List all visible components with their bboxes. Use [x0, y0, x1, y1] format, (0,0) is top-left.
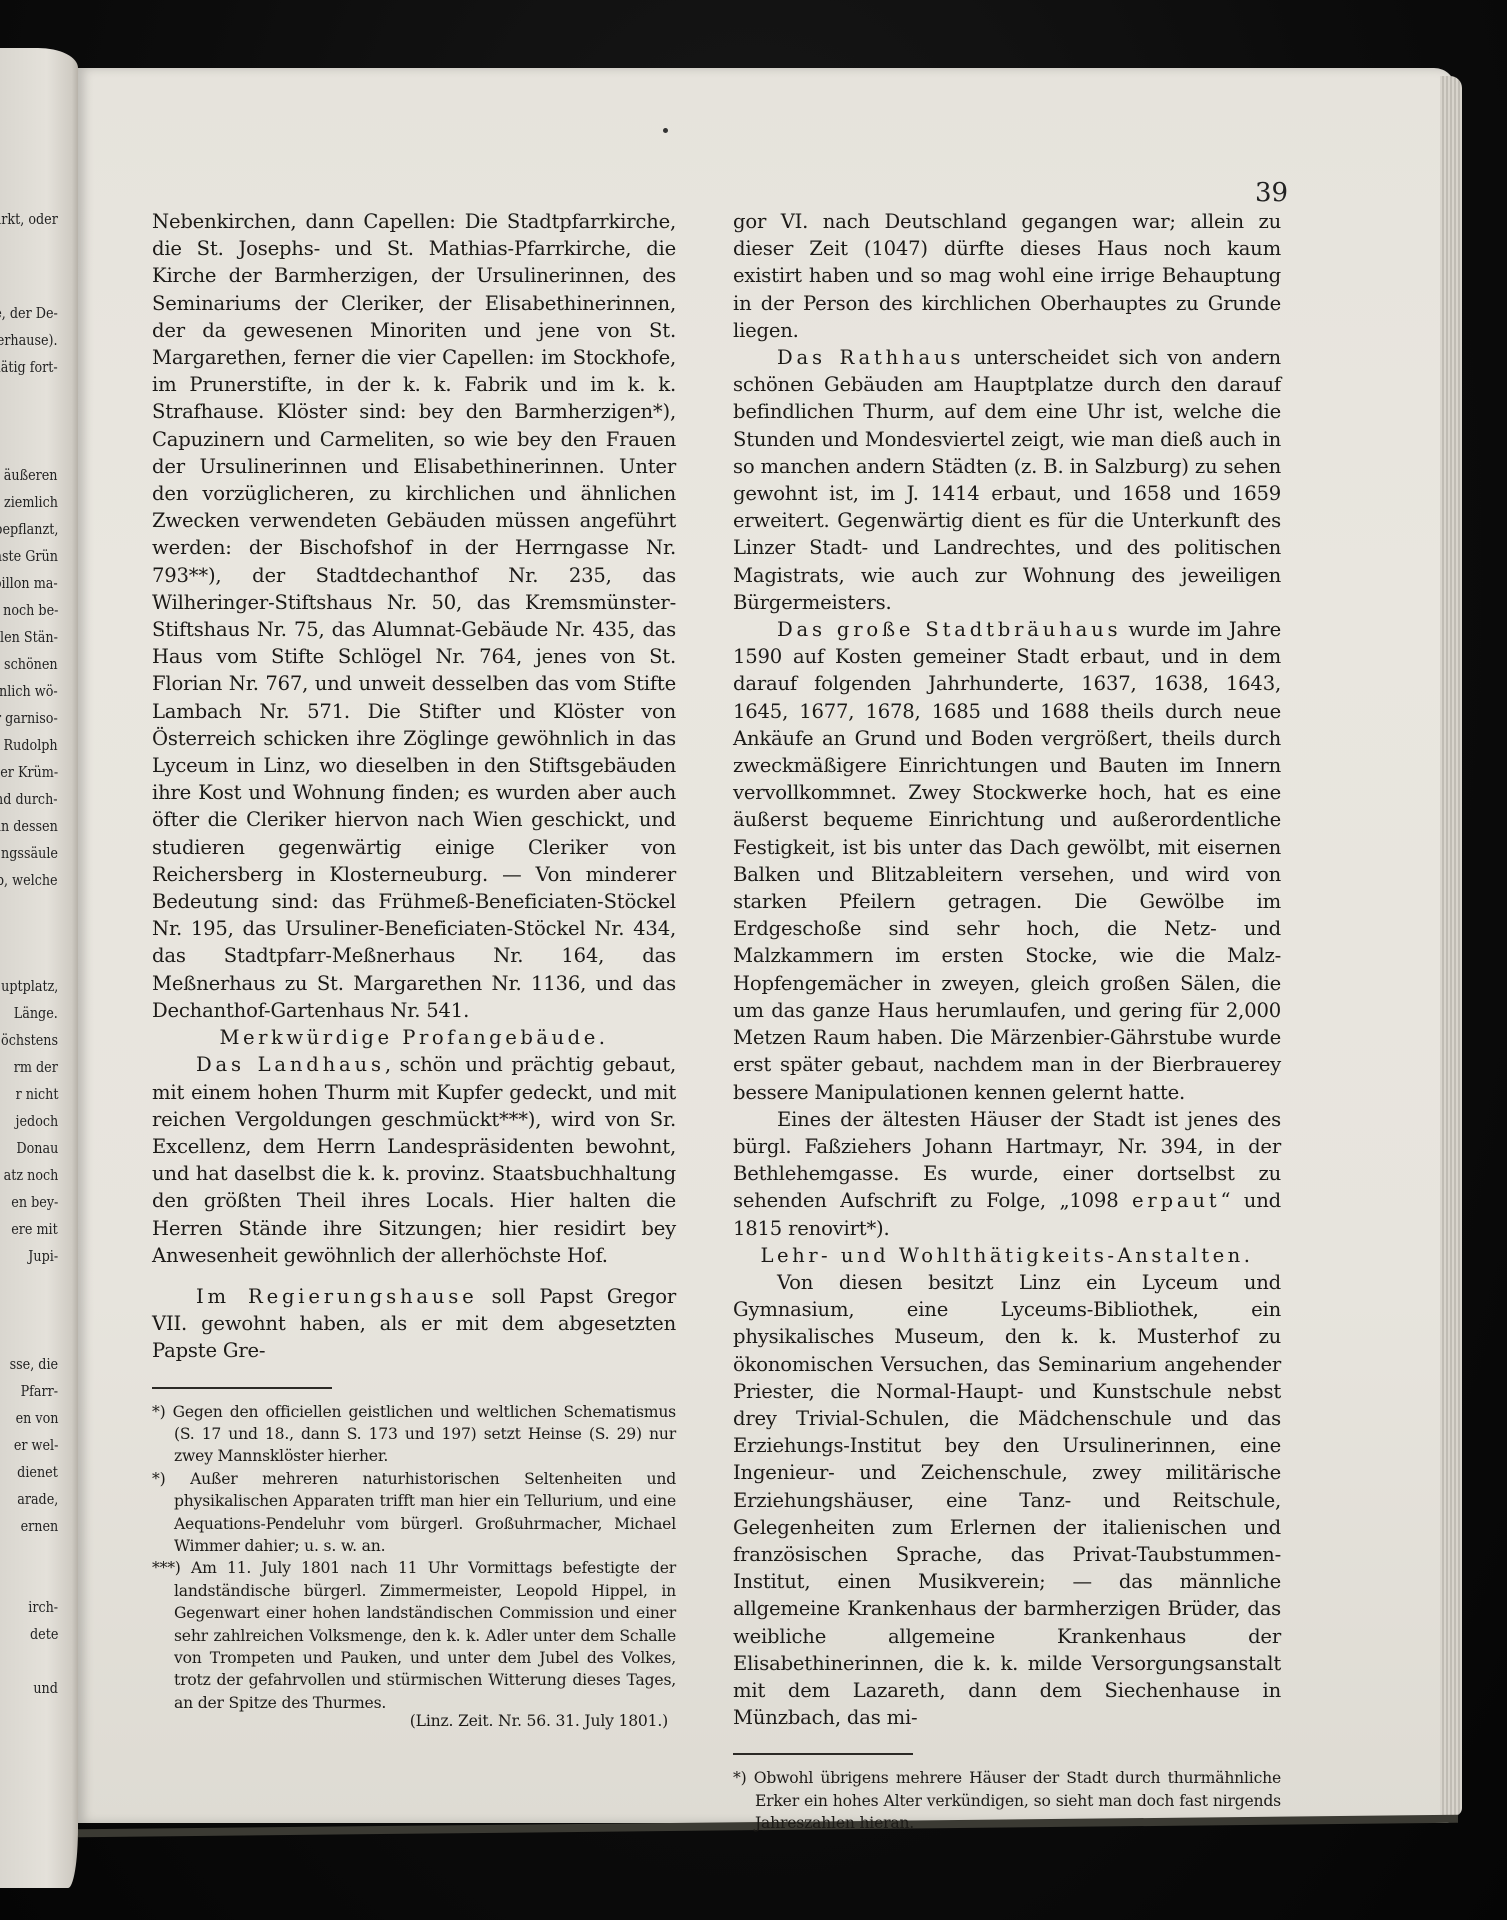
footnote-rule [733, 1753, 913, 1755]
facing-page-text-fragment: Länge. [14, 1000, 58, 1028]
facing-page-text-fragment: dienet [17, 1459, 58, 1487]
facing-page-text-fragment: llen Stän- [0, 624, 58, 652]
facing-page-text-fragment: öchstens [1, 1027, 58, 1055]
facing-page-text-fragment: irch- [28, 1594, 58, 1622]
facing-page-text-fragment: arade, [17, 1486, 58, 1514]
facing-page-text-fragment: nd durch- [0, 786, 58, 814]
left-text-column: Nebenkirchen, dann Capellen: Die Stadtpf… [152, 208, 676, 1733]
facing-page-text-fragment: rm der [14, 1054, 58, 1082]
paragraph: Von diesen besitzt Linz ein Lyceum und G… [733, 1269, 1281, 1731]
facing-page-text-fragment: er garniso- [0, 705, 58, 733]
paragraph: Eines der ältesten Häuser der Stadt ist … [733, 1106, 1281, 1242]
facing-page-text-fragment: st ziemlich [0, 489, 58, 517]
facing-page-text-fragment: en bey- [11, 1189, 58, 1217]
facing-page-text-fragment: atz noch [3, 1162, 58, 1190]
page-number: 39 [1255, 178, 1288, 208]
facing-page-text-fragment: ernen [20, 1513, 58, 1541]
facing-page-text-fragment: r nicht [15, 1081, 58, 1109]
footnote: ***) Am 11. July 1801 nach 11 Uhr Vormit… [152, 1557, 676, 1714]
facing-page-text-fragment: Markt, oder [0, 206, 58, 234]
facing-page-text-fragment: jedoch [15, 1108, 58, 1136]
paragraph: Das Landhaus, schön und prächtig gebaut,… [152, 1051, 676, 1269]
facing-page-text-fragment: bepflanzt, [0, 516, 58, 544]
facing-page-text-fragment: Der Krüm- [0, 759, 58, 787]
emphasized-term: Das Landhaus [196, 1053, 385, 1076]
facing-page-text-fragment: Jupi- [28, 1243, 58, 1271]
facing-page-text-fragment: pillon ma- [0, 570, 58, 598]
facing-page-text-fragment: ur schönen [0, 651, 58, 679]
section-heading: Lehr- und Wohlthätigkeits-Anstalten. [733, 1242, 1281, 1269]
paragraph: Das große Stadtbräuhaus wurde im Jahre 1… [733, 616, 1281, 1106]
facing-page-text-fragment: b, welche [0, 867, 58, 895]
emphasized-term: Das Rathhaus [777, 346, 964, 369]
footnote: *) Gegen den officiellen geistlichen und… [152, 1401, 676, 1468]
facing-page-text-fragment: Rudolph [4, 732, 58, 760]
paragraph: Im Regierungshause soll Papst Gregor VII… [152, 1283, 676, 1365]
right-text-column: gor VI. nach Deutschland gegangen war; a… [733, 208, 1281, 1835]
facing-page-text-fragment: ngssäule [1, 840, 58, 868]
facing-page-text-fragment: g noch be- [0, 597, 58, 625]
section-heading: Merkwürdige Profangebäude. [152, 1024, 676, 1051]
emphasized-term: Im Regierungshause [196, 1285, 478, 1308]
facing-page-text-fragment: sse, die [9, 1351, 58, 1379]
facing-left-page: Markt, odere, der De-ingerhause).thätig … [0, 48, 78, 1888]
facing-page-text-fragment: dete [30, 1621, 58, 1649]
paragraph: Nebenkirchen, dann Capellen: Die Stadtpf… [152, 208, 676, 1024]
page-stack-edge [1440, 76, 1462, 1816]
facing-page-text-fragment: en äußeren [0, 462, 58, 490]
paragraph: gor VI. nach Deutschland gegangen war; a… [733, 208, 1281, 344]
footnote-rule [152, 1387, 332, 1389]
facing-page-text-fragment: thätig fort- [0, 354, 58, 382]
facing-page-text-fragment: er wel- [13, 1432, 58, 1460]
facing-page-text-fragment: en von [15, 1405, 58, 1433]
facing-page-text-fragment: Pfarr- [21, 1378, 58, 1406]
footnote: *) Obwohl übrigens mehrere Häuser der St… [733, 1767, 1281, 1834]
facing-page-text-fragment: chste Grün [0, 543, 58, 571]
footnotes: *) Gegen den officiellen geistlichen und… [152, 1401, 676, 1733]
facing-page-text-fragment: e, der De- [0, 300, 58, 328]
emphasized-term: Das große Stadtbräuhaus [777, 618, 1121, 641]
facing-page-text-fragment: ere mit [11, 1216, 58, 1244]
footnote: *) Außer mehreren naturhistorischen Selt… [152, 1468, 676, 1558]
facing-page-text-fragment: und [33, 1675, 58, 1703]
facing-page-text-fragment: hnlich wö- [0, 678, 58, 706]
facing-page-text-fragment: uptplatz, [1, 973, 58, 1001]
emphasized-term: erpaut [1132, 1189, 1220, 1212]
paragraph: Das Rathhaus unterscheidet sich von ande… [733, 344, 1281, 616]
facing-page-text-fragment: ingerhause). [0, 327, 58, 355]
ink-speck [663, 128, 668, 133]
facing-page-text-fragment: an dessen [0, 813, 58, 841]
facing-page-text-fragment: Donau [16, 1135, 58, 1163]
